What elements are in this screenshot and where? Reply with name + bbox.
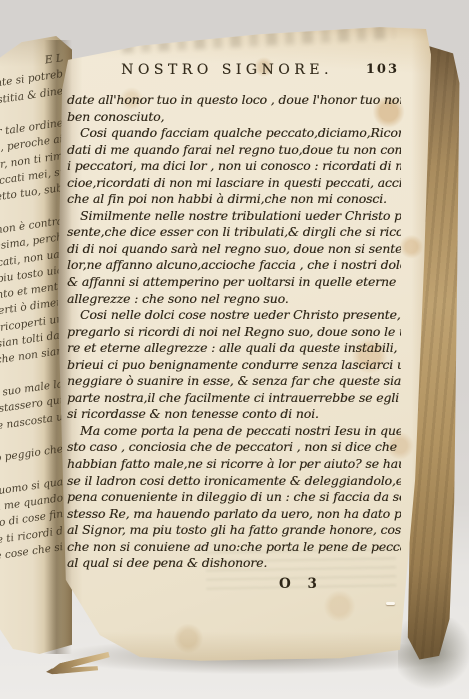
page-text: NOSTRO SIGNORE. 103 date all'honor tuo i… <box>67 62 401 592</box>
text-line: si ricordasse & non tenesse conto di noi… <box>67 406 401 423</box>
text-block: date all'honor tuo in questo loco , doue… <box>67 92 401 572</box>
text-line: che non si conuiene ad uno:che porta le … <box>67 539 401 556</box>
page-header: NOSTRO SIGNORE. 103 <box>67 62 401 84</box>
text-line: cioe,ricordati di non mi lasciare in que… <box>67 175 401 192</box>
text-line: dati di me quando farai nel regno tuo,do… <box>67 142 401 159</box>
facing-page-text-fragments: E Lente si potrebustitia & dine far tale… <box>0 50 63 555</box>
text-line: habbian fatto male,ne si ricorre à lor p… <box>67 456 401 473</box>
text-line: Similmente nelle nostre tribulationi ued… <box>67 208 401 225</box>
running-title: NOSTRO SIGNORE. <box>60 62 394 78</box>
text-line: se il ladron cosi detto ironicamente & d… <box>67 473 401 490</box>
text-line: Cosi nelle dolci cose nostre ueder Chris… <box>67 307 401 324</box>
text-line: parte nostra,il che facilmente ci intrau… <box>67 390 401 407</box>
text-line: date all'honor tuo in questo loco , doue… <box>67 92 401 109</box>
signature-mark: O 3 <box>279 576 401 592</box>
text-line: stesso Re, ma hauendo parlato da uero, n… <box>67 506 401 523</box>
photograph-of-open-book: E Lente si potrebustitia & dine far tale… <box>0 0 469 699</box>
text-line: i peccatori, ma dici lor , non ui conosc… <box>67 158 401 175</box>
text-line: brieui ci puo benignamente condurre senz… <box>67 357 401 374</box>
text-line: ben conosciuto, <box>67 109 401 126</box>
text-line: allegrezze : che sono nel regno suo. <box>67 291 401 308</box>
text-line: & affanni si attemperino per uoltarsi in… <box>67 274 401 291</box>
text-line: che al fin poi non habbi à dirmi,che non… <box>67 191 401 208</box>
ink-showthrough-top <box>122 21 395 53</box>
text-line: lor,ne affanno alcuno,accioche faccia , … <box>67 257 401 274</box>
text-line: Cosi quando facciam qualche peccato,dici… <box>67 125 401 142</box>
text-line: Ma come porta la pena de peccati nostri … <box>67 423 401 440</box>
text-line: pregarlo si ricordi di noi nel Regno suo… <box>67 324 401 341</box>
text-line: sto caso , conciosia che de peccatori , … <box>67 439 401 456</box>
book-page: NOSTRO SIGNORE. 103 date all'honor tuo i… <box>56 22 434 664</box>
text-line: re et eterne allegrezze : alle quali da … <box>67 340 401 357</box>
text-line: di di noi quando sarà nel regno suo, dou… <box>67 241 401 258</box>
text-line: pena conueniente in dileggio di un : che… <box>67 489 401 506</box>
page-number: 103 <box>366 62 399 77</box>
text-line: neggiare ò suanire in esse, & senza far … <box>67 373 401 390</box>
paper-flaw <box>386 602 395 605</box>
text-line: sente,che dice esser con li tribulati,& … <box>67 224 401 241</box>
text-line: al qual si dee pena & dishonore. <box>67 555 401 572</box>
text-line: al Signor, ma piu tosto gli ha fatto gra… <box>67 522 401 539</box>
page-marker-tab <box>42 650 114 686</box>
